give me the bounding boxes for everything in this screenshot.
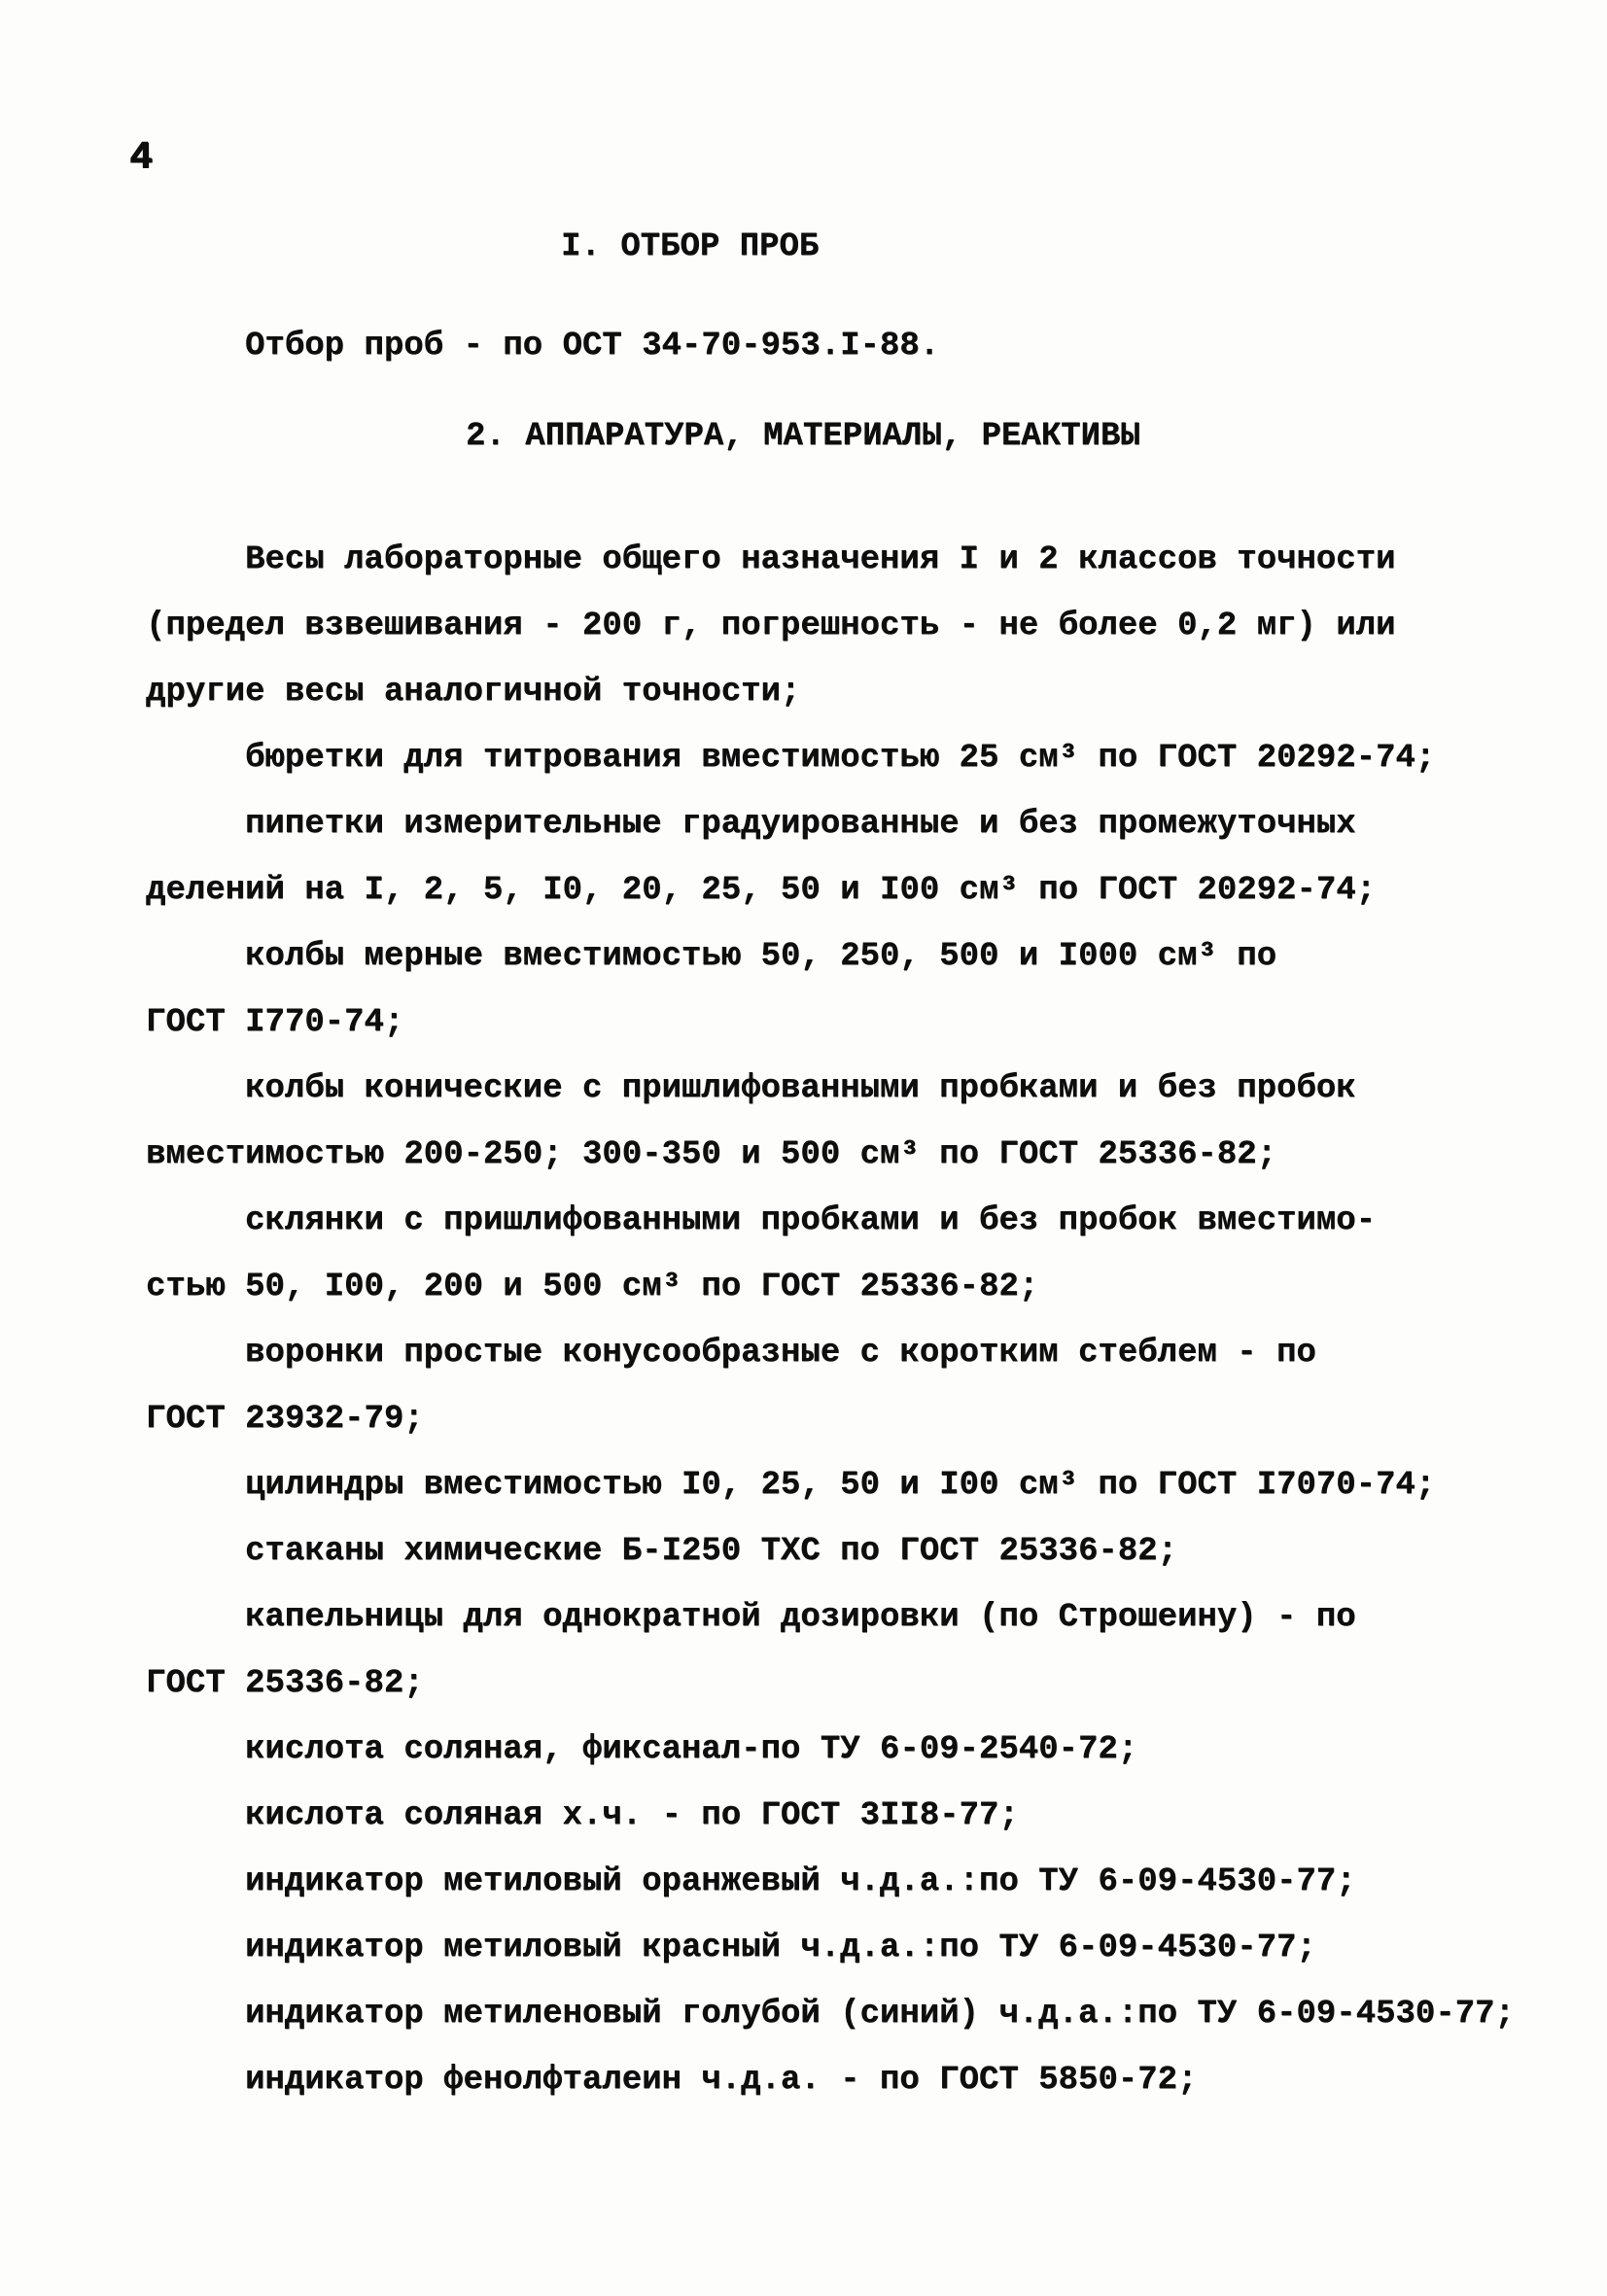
text-line: цилиндры вместимостью I0, 25, 50 и I00 с… xyxy=(146,1452,1546,1518)
text-line: индикатор метиленовый голубой (синий) ч.… xyxy=(146,1981,1546,2047)
text-line: капельницы для однократной дозировки (по… xyxy=(146,1584,1546,1651)
text-line: колбы конические с пришлифованными пробк… xyxy=(146,1056,1546,1122)
text-line: ГОСТ I770-74; xyxy=(146,990,1546,1056)
text-line: индикатор метиловый красный ч.д.а.:по ТУ… xyxy=(146,1915,1546,1981)
text-line: индикатор фенолфталеин ч.д.а. - по ГОСТ … xyxy=(146,2047,1546,2113)
text-line: бюретки для титрования вместимостью 25 с… xyxy=(146,725,1546,791)
page-number: 4 xyxy=(129,136,153,180)
sampling-reference-line: Отбор проб - по ОСТ 34-70-953.I-88. xyxy=(146,313,939,379)
text-line: колбы мерные вместимостью 50, 250, 500 и… xyxy=(146,923,1546,990)
text-line: другие весы аналогичной точности; xyxy=(146,659,1546,725)
text-line: (предел взвешивания - 200 г, погрешность… xyxy=(146,593,1546,659)
section-1-heading: I. ОТБОР ПРОБ xyxy=(561,214,819,280)
text-line: кислота соляная х.ч. - по ГОСТ 3II8-77; xyxy=(146,1783,1546,1849)
text-line: стью 50, I00, 200 и 500 см³ по ГОСТ 2533… xyxy=(146,1254,1546,1320)
scanned-document-page: 4 I. ОТБОР ПРОБ Отбор проб - по ОСТ 34-7… xyxy=(0,0,1607,2296)
text-line: вместимостью 200-250; 300-350 и 500 см³ … xyxy=(146,1122,1546,1188)
text-line: ГОСТ 25336-82; xyxy=(146,1651,1546,1717)
text-line: кислота соляная, фиксанал-по ТУ 6-09-254… xyxy=(146,1717,1546,1783)
text-line: стаканы химические Б-I250 ТХС по ГОСТ 25… xyxy=(146,1518,1546,1584)
apparatus-lines: Весы лабораторные общего назначения I и … xyxy=(146,527,1546,2113)
text-line: пипетки измерительные градуированные и б… xyxy=(146,791,1546,857)
text-line: ГОСТ 23932-79; xyxy=(146,1386,1546,1452)
text-line: индикатор метиловый оранжевый ч.д.а.:по … xyxy=(146,1849,1546,1915)
text-line: Весы лабораторные общего назначения I и … xyxy=(146,527,1546,593)
text-line: склянки с пришлифованными пробками и без… xyxy=(146,1188,1546,1254)
section-2-heading: 2. АППАРАТУРА, МАТЕРИАЛЫ, РЕАКТИВЫ xyxy=(466,403,1140,470)
text-line: воронки простые конусообразные с коротки… xyxy=(146,1320,1546,1386)
text-line: делений на I, 2, 5, I0, 20, 25, 50 и I00… xyxy=(146,857,1546,923)
